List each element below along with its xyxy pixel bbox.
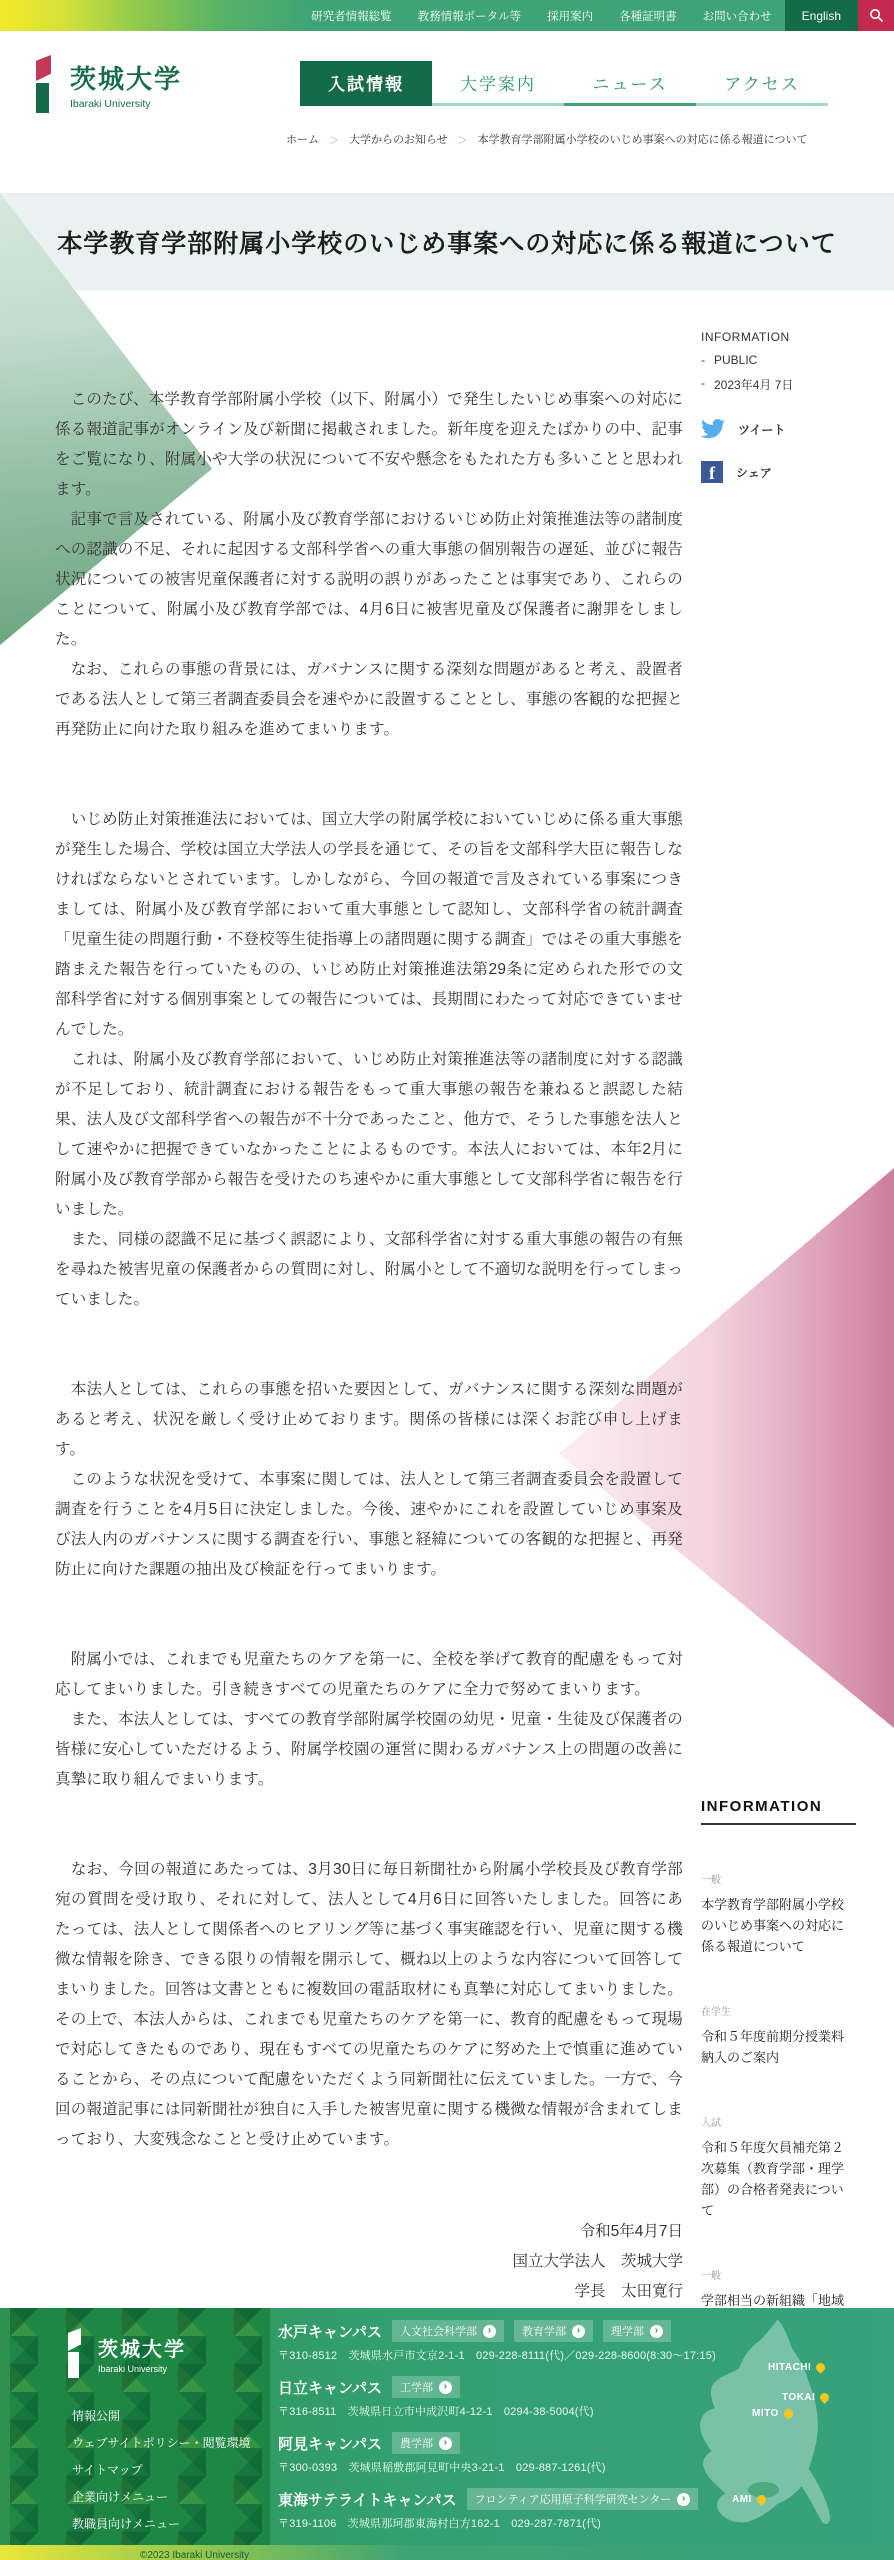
meta-bullet: -: [701, 353, 705, 367]
nav-tab-news[interactable]: ニュース: [564, 61, 696, 106]
breadcrumb-current: 本学教育学部附属小学校のいじめ事案への対応に係る報道について: [478, 131, 808, 147]
topbar-link-researchers[interactable]: 研究者情報総覧: [298, 0, 405, 31]
paragraph: また、本法人としては、すべての教育学部附属学校園の幼児・児童・生徒及び保護者の皆…: [55, 1705, 683, 1795]
campus-name: 阿見キャンパス: [278, 2433, 382, 2454]
footer-link-disclosure[interactable]: 情報公開: [72, 2403, 251, 2430]
breadcrumb-news-list[interactable]: 大学からのお知らせ: [349, 131, 448, 147]
prefecture-silhouette: [658, 2316, 890, 2542]
information-heading: INFORMATION: [701, 1798, 856, 1825]
map-pin-icon: [755, 2493, 768, 2506]
paragraph: このたび、本学教育学部附属小学校（以下、附属小）で発生したいじめ事案への対応に係…: [55, 385, 683, 505]
information-title: 本学教育学部附属小学校のいじめ事案への対応に係る報道について: [701, 1894, 856, 1957]
topbar-link-contact[interactable]: お問い合わせ: [690, 0, 785, 31]
faculty-badge-education[interactable]: 教育学部›: [514, 2320, 593, 2342]
footer-link-corporate[interactable]: 企業向けメニュー: [72, 2484, 251, 2511]
english-button[interactable]: English: [785, 0, 858, 31]
paragraph: また、同様の認識不足に基づく誤認により、文部科学省に対する重大事態の報告の有無を…: [55, 1225, 683, 1315]
campus-tokai: 東海サテライトキャンパス フロンティア応用原子科学研究センター› 〒319-11…: [278, 2488, 708, 2531]
twitter-icon: [701, 419, 725, 439]
information-category: 入試: [701, 2114, 856, 2129]
paragraph: 本法人としては、これらの事態を招いた要因として、ガバナンスに関する深刻な問題があ…: [55, 1375, 683, 1465]
nav-tab-about[interactable]: 大学案内: [432, 61, 564, 106]
page: 研究者情報総覧 教務情報ポータル等 採用案内 各種証明書 お問い合わせ Engl…: [0, 0, 894, 2560]
logo-subtitle: Ibaraki University: [70, 98, 182, 110]
map-pin-icon: [782, 2407, 795, 2420]
paragraph-block: 附属小では、これまでも児童たちのケアを第一に、全校を挙げて教育的配慮をもって対応…: [55, 1645, 683, 1795]
top-utility-bar: 研究者情報総覧 教務情報ポータル等 採用案内 各種証明書 お問い合わせ Engl…: [0, 0, 894, 31]
site-footer: 茨城大学 Ibaraki University 情報公開 ウェブサイトポリシー・…: [0, 2308, 894, 2545]
campus-address: 〒300-0393 茨城県稲敷郡阿見町中央3-21-1 029-887-1261…: [278, 2459, 708, 2475]
information-category: 在学生: [701, 2003, 856, 2018]
sidebar: INFORMATION - PUBLIC - 2023年4月 7日 ツイート f: [701, 290, 856, 2308]
campus-mito: 水戸キャンパス 人文社会科学部› 教育学部› 理学部› 〒310-8512 茨城…: [278, 2320, 708, 2363]
campus-ami: 阿見キャンパス 農学部› 〒300-0393 茨城県稲敷郡阿見町中央3-21-1…: [278, 2432, 708, 2475]
footer-logo-mark-icon: [68, 2328, 88, 2378]
information-item[interactable]: 一般 本学教育学部附属小学校のいじめ事案への対応に係る報道について: [701, 1871, 856, 1957]
campus-name: 日立キャンパス: [278, 2377, 382, 2398]
topbar-link-academic-portal[interactable]: 教務情報ポータル等: [405, 0, 535, 31]
breadcrumb-separator-icon: ＞: [458, 132, 468, 147]
campus-name: 水戸キャンパス: [278, 2321, 382, 2342]
faculty-badge-agriculture[interactable]: 農学部›: [392, 2432, 460, 2454]
signature-president: 学長 太田寛行: [55, 2277, 683, 2307]
paragraph-block: このたび、本学教育学部附属小学校（以下、附属小）で発生したいじめ事案への対応に係…: [55, 385, 683, 745]
information-category: 一般: [701, 2267, 856, 2282]
information-title: 令和５年度欠員補充第２次募集（教育学部・理学部）の合格者発表について: [701, 2137, 856, 2221]
campus-list: 水戸キャンパス 人文社会科学部› 教育学部› 理学部› 〒310-8512 茨城…: [278, 2320, 708, 2544]
badge-label: 人文社会科学部: [400, 2323, 477, 2339]
logo-title: 茨城大学: [70, 59, 182, 96]
paragraph: このような状況を受けて、本事案に関しては、法人として第三者調査委員会を設置して調…: [55, 1465, 683, 1585]
tweet-label: ツイート: [738, 421, 785, 438]
map-pin-icon: [814, 2361, 827, 2374]
badge-label: 理学部: [611, 2323, 644, 2339]
map-pin-ami: AMI: [732, 2494, 766, 2505]
facebook-share-button[interactable]: f シェア: [701, 461, 856, 483]
paragraph: いじめ防止対策推進法においては、国立大学の附属学校においていじめに係る重大事態が…: [55, 805, 683, 1045]
campus-address: 〒319-1106 茨城県那珂郡東海村白方162-1 029-287-7871(…: [278, 2515, 708, 2531]
article-body: このたび、本学教育学部附属小学校（以下、附属小）で発生したいじめ事案への対応に係…: [55, 290, 683, 2308]
paragraph: なお、今回の報道にあたっては、3月30日に毎日新聞社から附属小学校長及び教育学部…: [55, 1855, 683, 2155]
campus-address: 〒310-8512 茨城県水戸市文京2-1-1 029-228-8111(代)／…: [278, 2347, 708, 2363]
search-button[interactable]: [858, 0, 894, 31]
signature-date: 令和5年4月7日: [55, 2217, 683, 2247]
copyright-text: ©2023 Ibaraki University: [140, 2545, 249, 2560]
map-pin-icon: [819, 2391, 832, 2404]
map-pin-tokai: TOKAI: [782, 2392, 829, 2403]
badge-label: 工学部: [400, 2379, 433, 2395]
footer-link-list: 情報公開 ウェブサイトポリシー・閲覧環境 サイトマップ 企業向けメニュー 教職員…: [72, 2403, 251, 2538]
search-icon: [869, 8, 884, 23]
main-navigation: 入試情報 大学案内 ニュース アクセス: [300, 61, 828, 106]
facebook-icon: f: [701, 461, 723, 483]
paragraph: 記事で言及されている、附属小及び教育学部におけるいじめ防止対策推進法等の諸制度へ…: [55, 505, 683, 655]
arrow-circle-icon: ›: [572, 2325, 585, 2338]
signature-org: 国立大学法人 茨城大学: [55, 2247, 683, 2277]
badge-label: フロンティア応用原子科学研究センター: [475, 2491, 672, 2507]
footer-logo-title: 茨城大学: [98, 2333, 186, 2362]
ibaraki-prefecture-map: HITACHI TOKAI MITO AMI: [658, 2316, 890, 2542]
nav-tab-admissions[interactable]: 入試情報: [300, 61, 432, 106]
paragraph-block: なお、今回の報道にあたっては、3月30日に毎日新聞社から附属小学校長及び教育学部…: [55, 1855, 683, 2155]
information-title: 学部相当の新組織「地域未来共創学環（仮称）」の設置構想について: [701, 2290, 856, 2308]
article-meta: INFORMATION - PUBLIC - 2023年4月 7日 ツイート f: [701, 330, 856, 483]
tweet-button[interactable]: ツイート: [701, 419, 856, 439]
meta-category: PUBLIC: [714, 353, 757, 367]
meta-bullet: -: [701, 376, 705, 393]
footer-logo[interactable]: 茨城大学 Ibaraki University: [68, 2328, 186, 2378]
page-title-banner: 本学教育学部附属小学校のいじめ事案への対応に係る報道について: [0, 193, 894, 290]
campus-hitachi: 日立キャンパス 工学部› 〒316-8511 茨城県日立市中成沢町4-12-1 …: [278, 2376, 708, 2419]
information-item[interactable]: 一般 学部相当の新組織「地域未来共創学環（仮称）」の設置構想について: [701, 2267, 856, 2308]
footer-logo-subtitle: Ibaraki University: [98, 2364, 186, 2374]
arrow-circle-icon: ›: [483, 2325, 496, 2338]
copyright-bar: ©2023 Ibaraki University: [0, 2545, 894, 2560]
badge-label: 農学部: [400, 2435, 433, 2451]
map-label: AMI: [732, 2494, 752, 2505]
paragraph-block: 本法人としては、これらの事態を招いた要因として、ガバナンスに関する深刻な問題があ…: [55, 1375, 683, 1585]
topbar-link-recruitment[interactable]: 採用案内: [534, 0, 606, 31]
nav-tab-access[interactable]: アクセス: [696, 61, 828, 106]
paragraph: 附属小では、これまでも児童たちのケアを第一に、全校を挙げて教育的配慮をもって対応…: [55, 1645, 683, 1705]
arrow-circle-icon: ›: [439, 2437, 452, 2450]
breadcrumb-home[interactable]: ホーム: [286, 131, 319, 147]
facebook-share-label: シェア: [736, 464, 772, 481]
information-item[interactable]: 在学生 令和５年度前期分授業料納入のご案内: [701, 2003, 856, 2068]
campus-name: 東海サテライトキャンパス: [278, 2489, 457, 2510]
content-area: このたび、本学教育学部附属小学校（以下、附属小）で発生したいじめ事案への対応に係…: [0, 290, 894, 2308]
badge-label: 教育学部: [522, 2323, 566, 2339]
information-list: INFORMATION 一般 本学教育学部附属小学校のいじめ事案への対応に係る報…: [701, 1798, 856, 2308]
information-title: 令和５年度前期分授業料納入のご案内: [701, 2026, 856, 2068]
breadcrumb: ホーム ＞ 大学からのお知らせ ＞ 本学教育学部附属小学校のいじめ事案への対応に…: [286, 131, 807, 147]
meta-heading: INFORMATION: [701, 330, 856, 344]
faculty-badge-humanities[interactable]: 人文社会科学部›: [392, 2320, 504, 2342]
paragraph: なお、これらの事態の背景には、ガバナンスに関する深刻な問題があると考え、設置者で…: [55, 655, 683, 745]
arrow-circle-icon: ›: [439, 2381, 452, 2394]
map-label: MITO: [752, 2408, 779, 2419]
information-category: 一般: [701, 1871, 856, 1886]
university-logo-mark-icon: [36, 55, 60, 113]
meta-date: 2023年4月 7日: [714, 376, 793, 393]
breadcrumb-separator-icon: ＞: [329, 132, 339, 147]
page-title: 本学教育学部附属小学校のいじめ事案への対応に係る報道について: [57, 224, 837, 260]
university-logo[interactable]: 茨城大学 Ibaraki University: [36, 55, 182, 113]
map-pin-hitachi: HITACHI: [768, 2362, 825, 2373]
map-pin-mito: MITO: [752, 2408, 793, 2419]
paragraph-block: いじめ防止対策推進法においては、国立大学の附属学校においていじめに係る重大事態が…: [55, 805, 683, 1315]
information-item[interactable]: 入試 令和５年度欠員補充第２次募集（教育学部・理学部）の合格者発表について: [701, 2114, 856, 2221]
footer-link-staff[interactable]: 教職員向けメニュー: [72, 2511, 251, 2538]
footer-link-sitemap[interactable]: サイトマップ: [72, 2457, 251, 2484]
footer-link-policy[interactable]: ウェブサイトポリシー・閲覧環境: [72, 2430, 251, 2457]
map-label: HITACHI: [768, 2362, 811, 2373]
topbar-link-certificates[interactable]: 各種証明書: [606, 0, 690, 31]
site-header: 茨城大学 Ibaraki University 入試情報 大学案内 ニュース ア…: [0, 31, 894, 193]
campus-address: 〒316-8511 茨城県日立市中成沢町4-12-1 0294-38-5004(…: [278, 2403, 708, 2419]
faculty-badge-engineering[interactable]: 工学部›: [392, 2376, 460, 2398]
paragraph: これは、附属小及び教育学部において、いじめ防止対策推進法等の諸制度に対する認識が…: [55, 1045, 683, 1225]
map-label: TOKAI: [782, 2392, 815, 2403]
signature-block: 令和5年4月7日 国立大学法人 茨城大学 学長 太田寛行: [55, 2217, 683, 2307]
